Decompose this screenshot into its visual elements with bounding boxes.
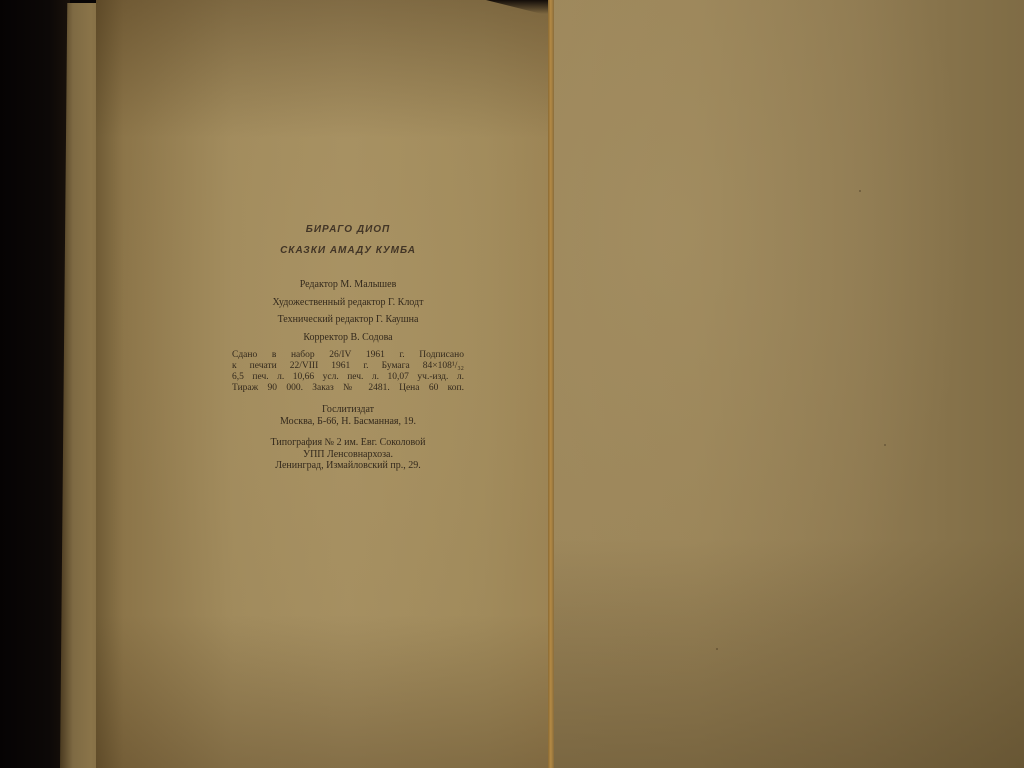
paper-speck — [884, 444, 886, 446]
publisher-address: Москва, Б-66, Н. Басманная, 19. — [232, 416, 464, 428]
paper-speck — [859, 190, 861, 192]
author-name: БИРАГО ДИОП — [232, 224, 464, 237]
credits-list: Редактор М. Малышев Художественный редак… — [232, 279, 464, 344]
right-page — [554, 0, 1024, 768]
paper-speck — [716, 648, 718, 650]
publication-details: Сдано в набор 26/IV 1961 г. Подписано к … — [232, 350, 464, 394]
printer-address: Ленинград, Измайловский пр., 29. — [232, 460, 464, 472]
printer-org: УПП Ленсовнархоза. — [232, 449, 464, 461]
printer-name: Типография № 2 им. Евг. Соколовой — [232, 437, 464, 449]
credit-editor: Редактор М. Малышев — [232, 279, 464, 292]
dark-background — [0, 0, 70, 768]
imprint-block: БИРАГО ДИОП СКАЗКИ АМАДУ КУМБА Редактор … — [232, 224, 464, 472]
book-gutter — [548, 0, 554, 768]
credit-proofreader: Корректор В. Содова — [232, 332, 464, 345]
publisher-name: Гослитиздат — [232, 404, 464, 416]
printer-block: Типография № 2 им. Евг. Соколовой УПП Ле… — [232, 437, 464, 472]
book-photo: БИРАГО ДИОП СКАЗКИ АМАДУ КУМБА Редактор … — [0, 0, 1024, 768]
credit-art-editor: Художественный редактор Г. Клодт — [232, 297, 464, 310]
credit-tech-editor: Технический редактор Г. Каушна — [232, 314, 464, 327]
publisher-block: Гослитиздат Москва, Б-66, Н. Басманная, … — [232, 404, 464, 427]
pub-line: 6,5 печ. л. 10,66 усл. печ. л. 10,07 уч.… — [232, 372, 464, 383]
pub-line: Тираж 90 000. Заказ № 2481. Цена 60 коп. — [232, 383, 464, 394]
book-title: СКАЗКИ АМАДУ КУМБА — [232, 245, 464, 258]
pub-line: Сдано в набор 26/IV 1961 г. Подписано — [232, 350, 464, 361]
pub-line: к печати 22/VIII 1961 г. Бумага 84×108¹/… — [232, 361, 464, 372]
